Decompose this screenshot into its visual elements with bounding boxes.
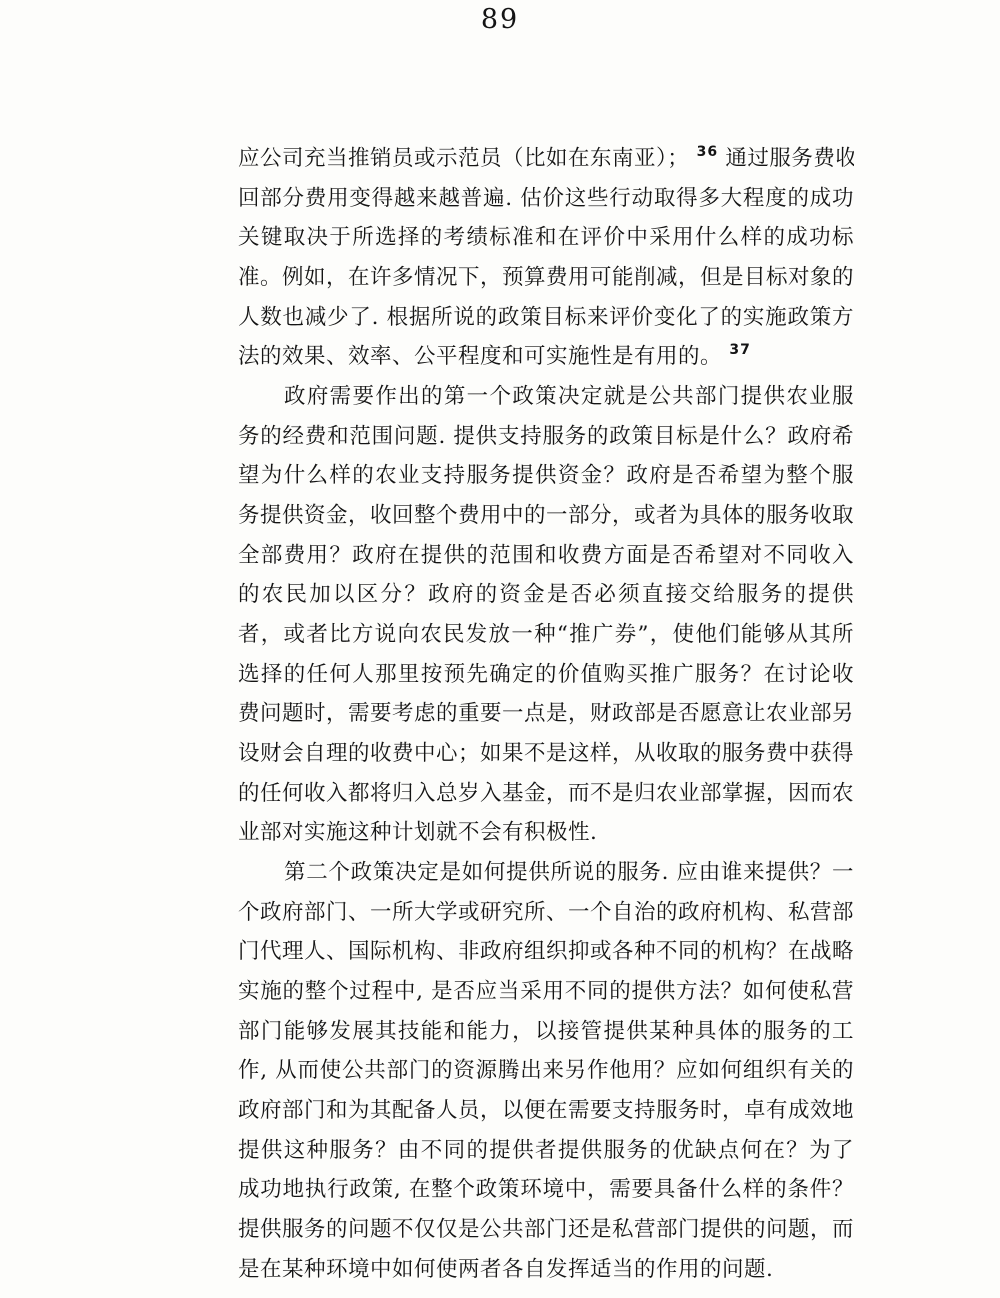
- text-line: 费问题时，需要考虑的重要一点是，财政部是否愿意让农业部另: [238, 694, 854, 734]
- text-line: 成功地执行政策, 在整个政策环境中，需要具备什么样的条件？: [238, 1170, 854, 1210]
- text-line: 设财会自理的收费中心；如果不是这样，从收取的服务费中获得: [238, 734, 854, 774]
- text-line: 选择的任何人那里按预先确定的价值购买推广服务？在讨论收: [238, 655, 854, 695]
- text-line: 者，或者比方说向农民发放一种“推广券”，使他们能够从其所: [238, 615, 854, 655]
- text-block: 应公司充当推销员或示范员（比如在东南亚）； 36 通过服务费收回部分费用变得越来…: [238, 139, 854, 1289]
- text-line: 政府需要作出的第一个政策决定就是公共部门提供农业服: [238, 377, 854, 417]
- text-line: 提供服务的问题不仅仅是公共部门还是私营部门提供的问题，而: [238, 1210, 854, 1250]
- text-line: 业部对实施这种计划就不会有积极性.: [238, 813, 854, 853]
- text-line: 提供这种服务？由不同的提供者提供服务的优缺点何在？为了: [238, 1131, 854, 1171]
- footnote-reference: 36: [697, 144, 718, 160]
- text-line: 回部分费用变得越来越普遍. 估价这些行动取得多大程度的成功: [238, 179, 854, 219]
- text-line: 务提供资金，收回整个费用中的一部分，或者为具体的服务收取: [238, 496, 854, 536]
- page-number: 89: [0, 4, 1000, 36]
- text-line: 个政府部门、一所大学或研究所、一个自治的政府机构、私营部: [238, 893, 854, 933]
- text-line: 作, 从而使公共部门的资源腾出来另作他用？应如何组织有关的: [238, 1051, 854, 1091]
- text-line: 的任何收入都将归入总岁入基金，而不是归农业部掌握，因而农: [238, 774, 854, 814]
- text-line: 准。例如，在许多情况下，预算费用可能削减，但是目标对象的: [238, 258, 854, 298]
- text-line: 望为什么样的农业支持服务提供资金？政府是否希望为整个服: [238, 456, 854, 496]
- text-line: 门代理人、国际机构、非政府组织抑或各种不同的机构？在战略: [238, 932, 854, 972]
- text-line: 务的经费和范围问题. 提供支持服务的政策目标是什么？政府希: [238, 417, 854, 457]
- text-line: 全部费用？政府在提供的范围和收费方面是否希望对不同收入: [238, 536, 854, 576]
- text-line: 部门能够发展其技能和能力，以接管提供某种具体的服务的工: [238, 1012, 854, 1052]
- text-line: 法的效果、效率、公平程度和可实施性是有用的。 37: [238, 337, 854, 377]
- scanned-book-page: { "page": { "number": "89" }, "content":…: [0, 0, 1000, 1298]
- text-line: 的农民加以区分？政府的资金是否必须直接交给服务的提供: [238, 575, 854, 615]
- text-line: 关键取决于所选择的考绩标准和在评价中采用什么样的成功标: [238, 218, 854, 258]
- text-line: 第二个政策决定是如何提供所说的服务. 应由谁来提供？一: [238, 853, 854, 893]
- text-line: 人数也减少了. 根据所说的政策目标来评价变化了的实施政策方: [238, 298, 854, 338]
- footnote-reference: 37: [729, 342, 750, 358]
- text-line: 实施的整个过程中, 是否应当采用不同的提供方法？如何使私营: [238, 972, 854, 1012]
- text-line: 是在某种环境中如何使两者各自发挥适当的作用的问题.: [238, 1250, 854, 1290]
- text-line: 应公司充当推销员或示范员（比如在东南亚）； 36 通过服务费收: [238, 139, 854, 179]
- text-line: 政府部门和为其配备人员，以便在需要支持服务时，卓有成效地: [238, 1091, 854, 1131]
